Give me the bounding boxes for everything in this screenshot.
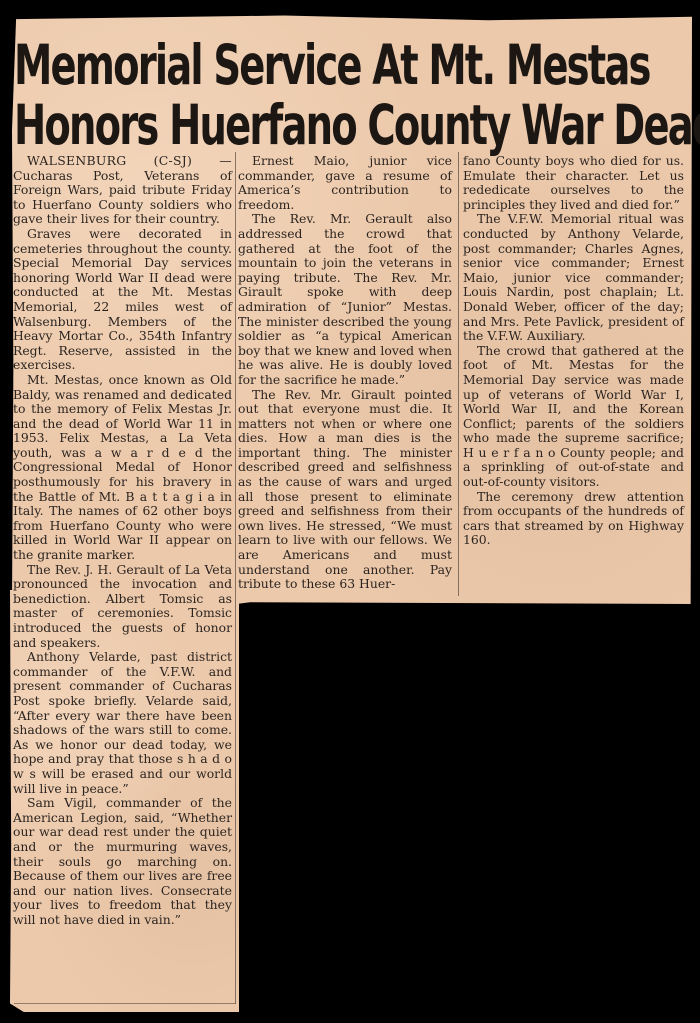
headline: Memorial Service At Mt. Mestas Honors Hu… (14, 35, 476, 155)
article-column-1: WALSENBURG (C-SJ) — Cucharas Post, Veter… (13, 154, 232, 927)
paragraph: Ernest Maio, junior vice commander, gave… (238, 154, 452, 212)
paragraph-lead: WALSENBURG (C-SJ) — Cucharas Post, Veter… (13, 154, 232, 227)
paragraph: The Rev. Mr. Girault pointed out that ev… (238, 388, 452, 592)
paragraph: The Rev. J. H. Gerault of La Veta pronou… (13, 563, 232, 651)
paragraph: Anthony Velarde, past district commander… (13, 650, 232, 796)
paragraph: The ceremony drew attention from occupan… (463, 490, 684, 548)
article-column-2: Ernest Maio, junior vice commander, gave… (238, 154, 452, 592)
headline-line-2: Honors Huerfano County War Dead (14, 95, 476, 155)
paragraph-text: Cucharas Post, Veterans of Foreign Wars,… (13, 168, 232, 227)
article-column-3: fano County boys who died for us. Emulat… (463, 154, 684, 548)
dateline: WALSENBURG (C-SJ) — (27, 153, 232, 168)
paragraph: Sam Vigil, commander of the American Leg… (13, 796, 232, 927)
paragraph: The crowd that gathered at the foot of M… (463, 344, 684, 490)
bottom-rule (14, 1003, 236, 1004)
paragraph: The V.F.W. Memorial ritual was conducted… (463, 212, 684, 343)
paragraph-continued: fano County boys who died for us. Emulat… (463, 154, 684, 212)
paragraph: The Rev. Mr. Gerault also addressed the … (238, 212, 452, 387)
headline-line-1: Memorial Service At Mt. Mestas (14, 35, 476, 95)
paragraph: Mt. Mestas, once known as Old Baldy, was… (13, 373, 232, 563)
column-divider-1 (235, 152, 236, 1004)
column-divider-2 (458, 152, 459, 596)
paragraph: Graves were decorated in cemeteries thro… (13, 227, 232, 373)
newspaper-clipping-canvas: Memorial Service At Mt. Mestas Honors Hu… (0, 0, 700, 1023)
